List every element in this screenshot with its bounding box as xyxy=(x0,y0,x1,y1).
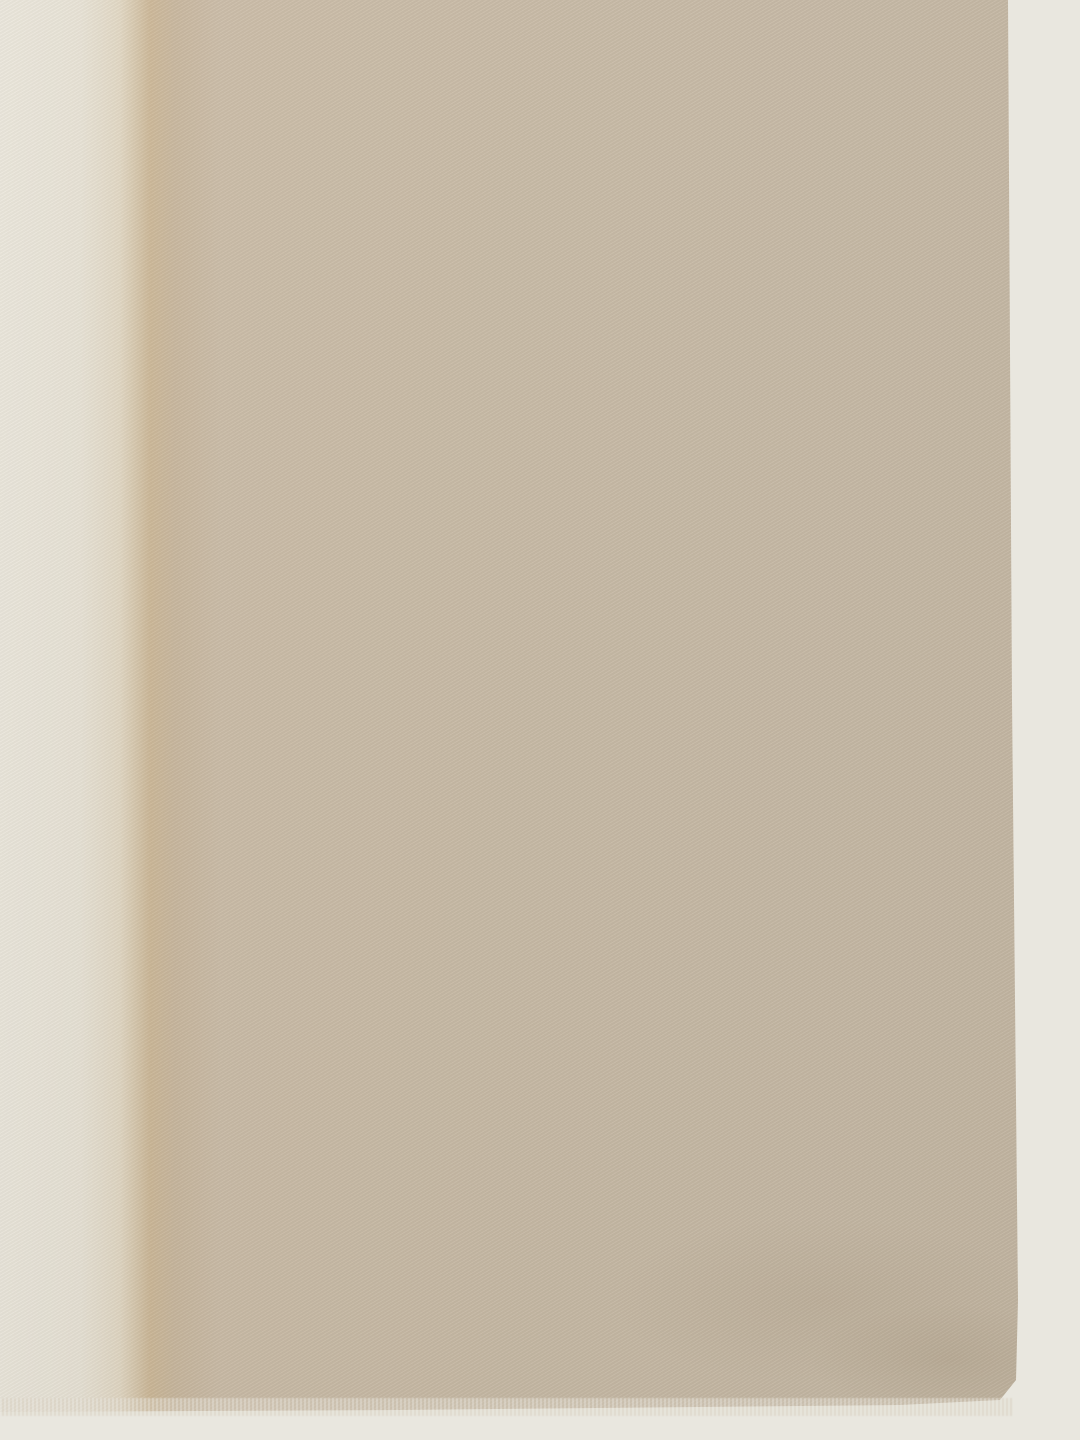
product-photo: Beige twill-weave fabric with an off-whi… xyxy=(0,0,1080,1440)
shawl-fabric xyxy=(0,0,1080,1440)
fabric-fold-shading xyxy=(0,0,1080,1440)
fabric-fringe-edge xyxy=(0,1398,1012,1416)
